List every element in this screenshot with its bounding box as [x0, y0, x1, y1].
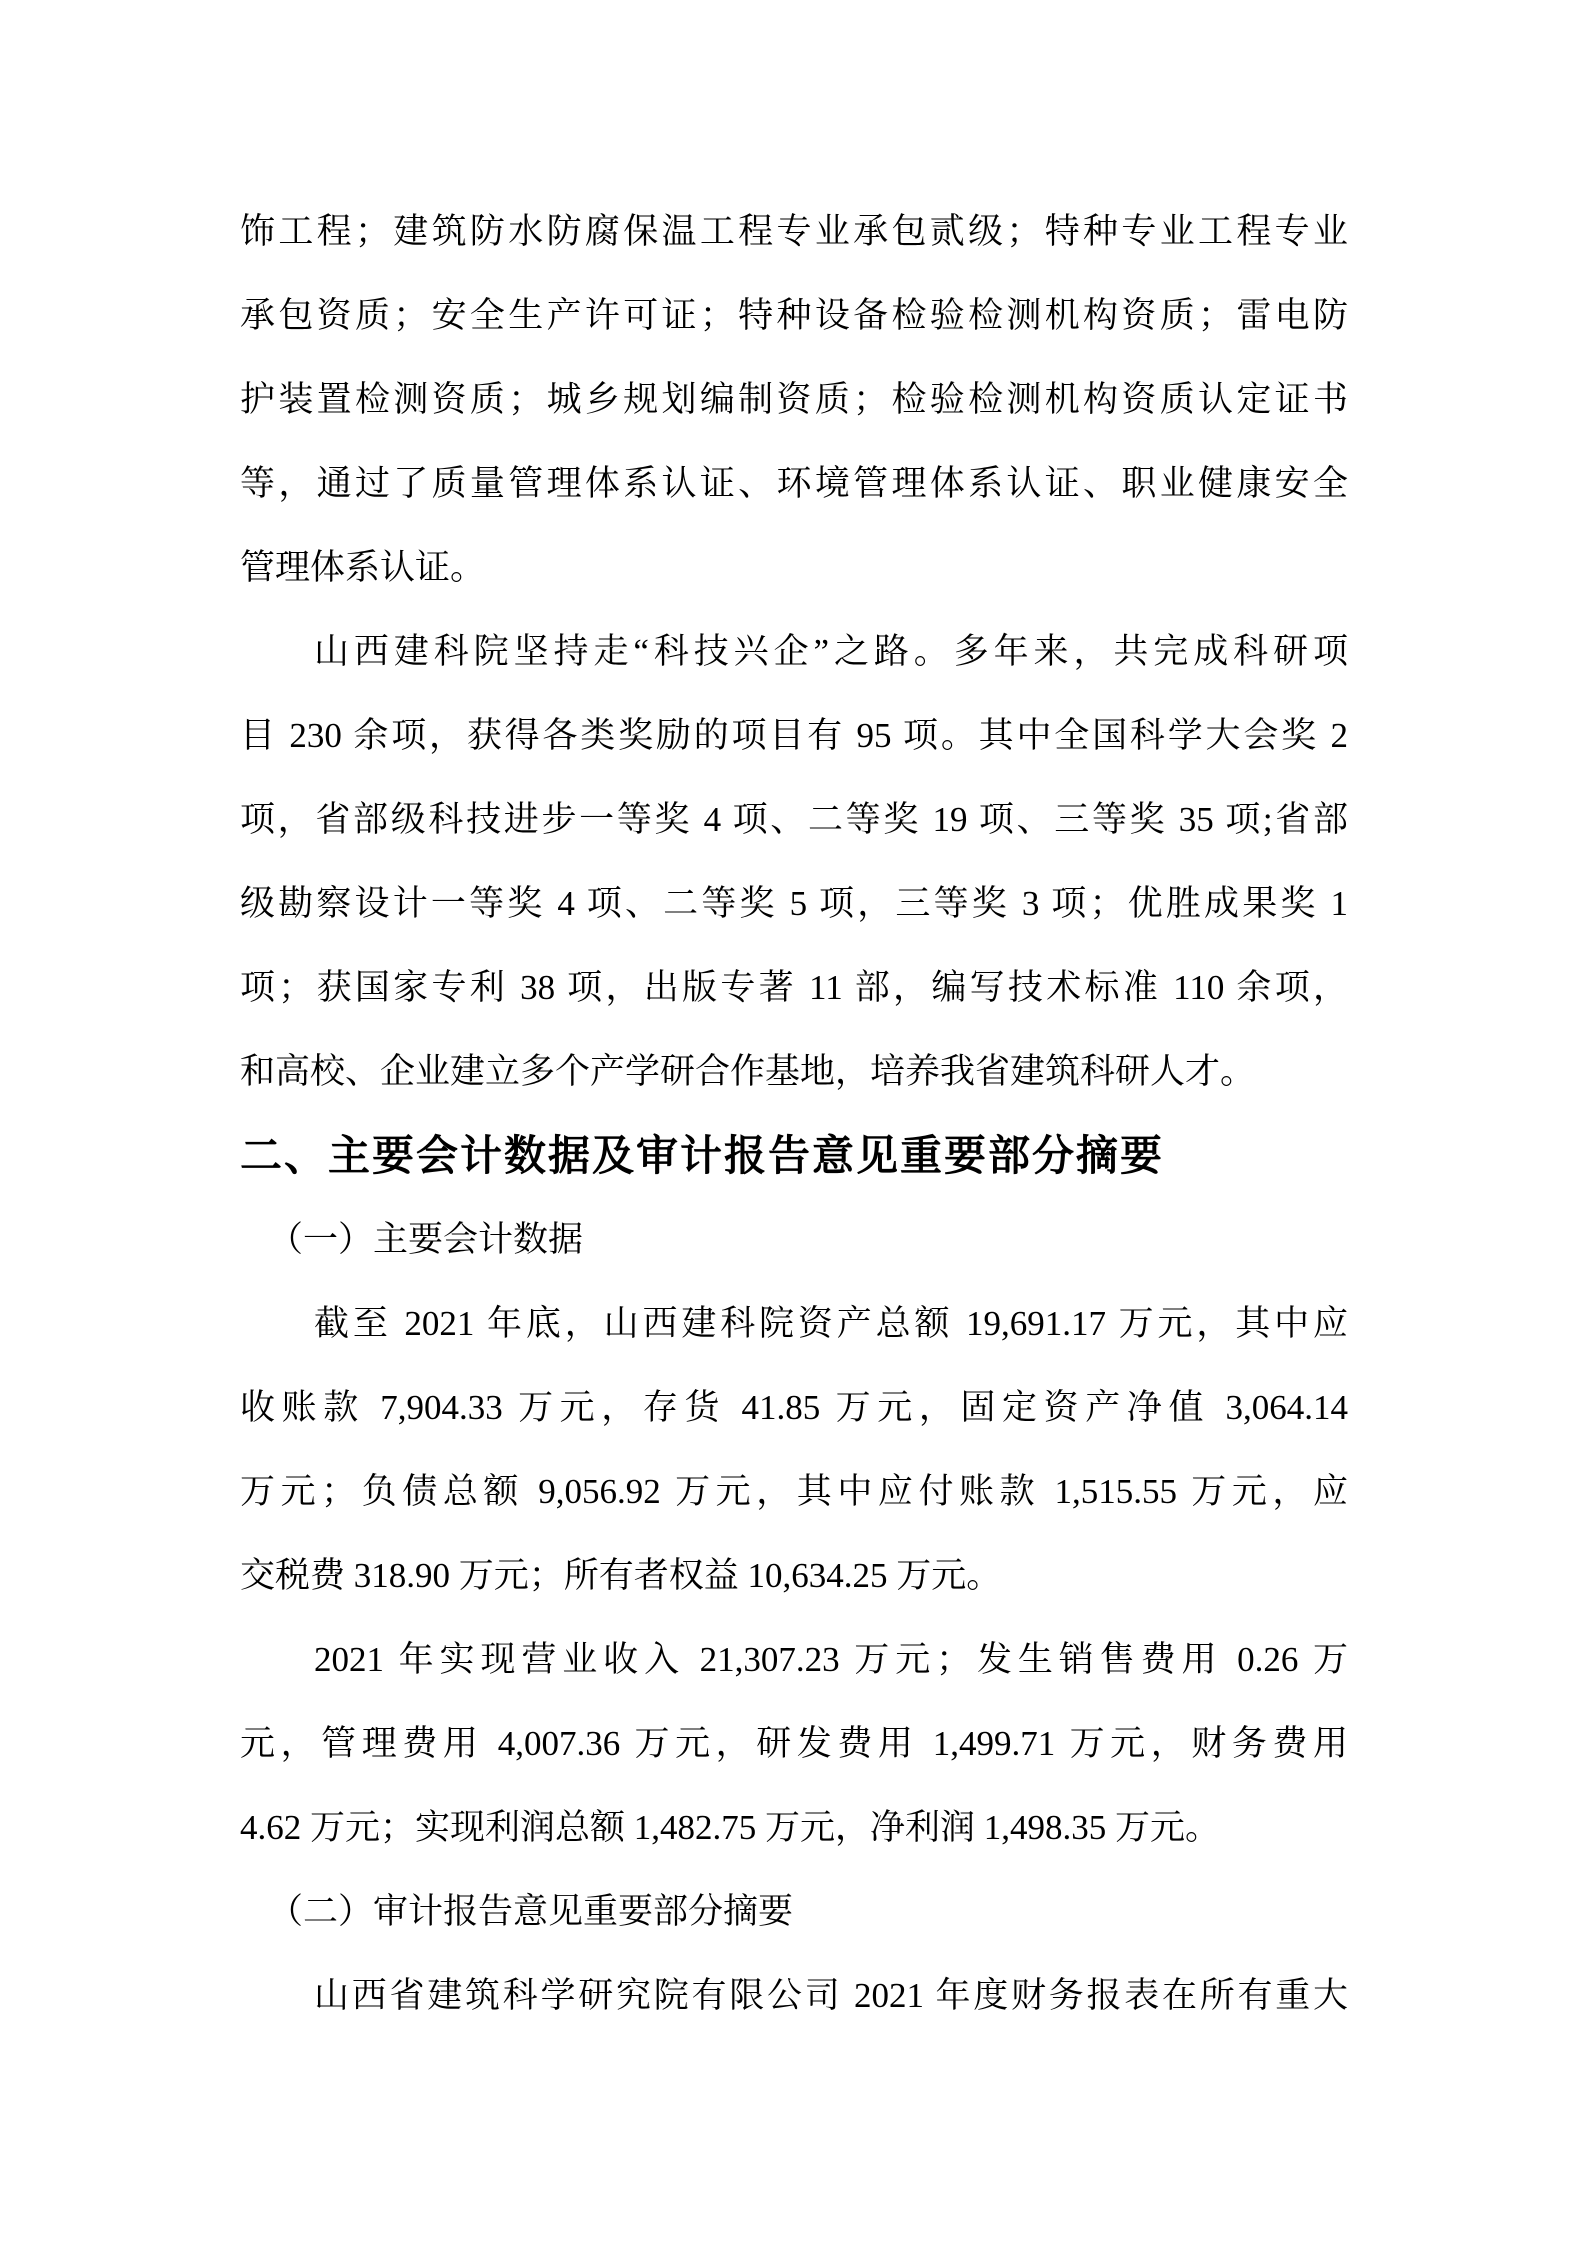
- document-content: 饰工程；建筑防水防腐保温工程专业承包贰级；特种专业工程专业 承包资质；安全生产许…: [240, 190, 1348, 2038]
- body-line: 山西省建筑科学研究院有限公司 2021 年度财务报表在所有重大: [240, 1954, 1348, 2038]
- body-line: 护装置检测资质；城乡规划编制资质；检验检测机构资质认定证书: [240, 358, 1348, 442]
- body-line: 2021 年实现营业收入 21,307.23 万元；发生销售费用 0.26 万: [240, 1618, 1348, 1702]
- body-line: 4.62 万元；实现利润总额 1,482.75 万元，净利润 1,498.35 …: [240, 1786, 1348, 1870]
- body-line: 等，通过了质量管理体系认证、环境管理体系认证、职业健康安全: [240, 442, 1348, 526]
- section-heading: 二、主要会计数据及审计报告意见重要部分摘要: [240, 1114, 1348, 1198]
- body-line: 管理体系认证。: [240, 526, 1348, 610]
- body-line: 级勘察设计一等奖 4 项、二等奖 5 项，三等奖 3 项；优胜成果奖 1: [240, 862, 1348, 946]
- body-line: 元，管理费用 4,007.36 万元，研发费用 1,499.71 万元，财务费用: [240, 1702, 1348, 1786]
- body-line: 目 230 余项，获得各类奖励的项目有 95 项。其中全国科学大会奖 2: [240, 694, 1348, 778]
- body-line: 交税费 318.90 万元；所有者权益 10,634.25 万元。: [240, 1534, 1348, 1618]
- body-line: 山西建科院坚持走“科技兴企”之路。多年来，共完成科研项: [240, 610, 1348, 694]
- body-line: 截至 2021 年底，山西建科院资产总额 19,691.17 万元，其中应: [240, 1282, 1348, 1366]
- body-line: 项；获国家专利 38 项，出版专著 11 部，编写技术标准 110 余项，: [240, 946, 1348, 1030]
- body-line: 万元；负债总额 9,056.92 万元，其中应付账款 1,515.55 万元，应: [240, 1450, 1348, 1534]
- document-page: 饰工程；建筑防水防腐保温工程专业承包贰级；特种专业工程专业 承包资质；安全生产许…: [0, 0, 1587, 2245]
- body-line: 和高校、企业建立多个产学研合作基地，培养我省建筑科研人才。: [240, 1030, 1348, 1114]
- body-line: 承包资质；安全生产许可证；特种设备检验检测机构资质；雷电防: [240, 274, 1348, 358]
- body-line: 收账款 7,904.33 万元，存货 41.85 万元，固定资产净值 3,064…: [240, 1366, 1348, 1450]
- subsection-heading: （二）审计报告意见重要部分摘要: [240, 1870, 1348, 1954]
- body-line: 饰工程；建筑防水防腐保温工程专业承包贰级；特种专业工程专业: [240, 190, 1348, 274]
- body-line: 项，省部级科技进步一等奖 4 项、二等奖 19 项、三等奖 35 项;省部: [240, 778, 1348, 862]
- subsection-heading: （一）主要会计数据: [240, 1198, 1348, 1282]
